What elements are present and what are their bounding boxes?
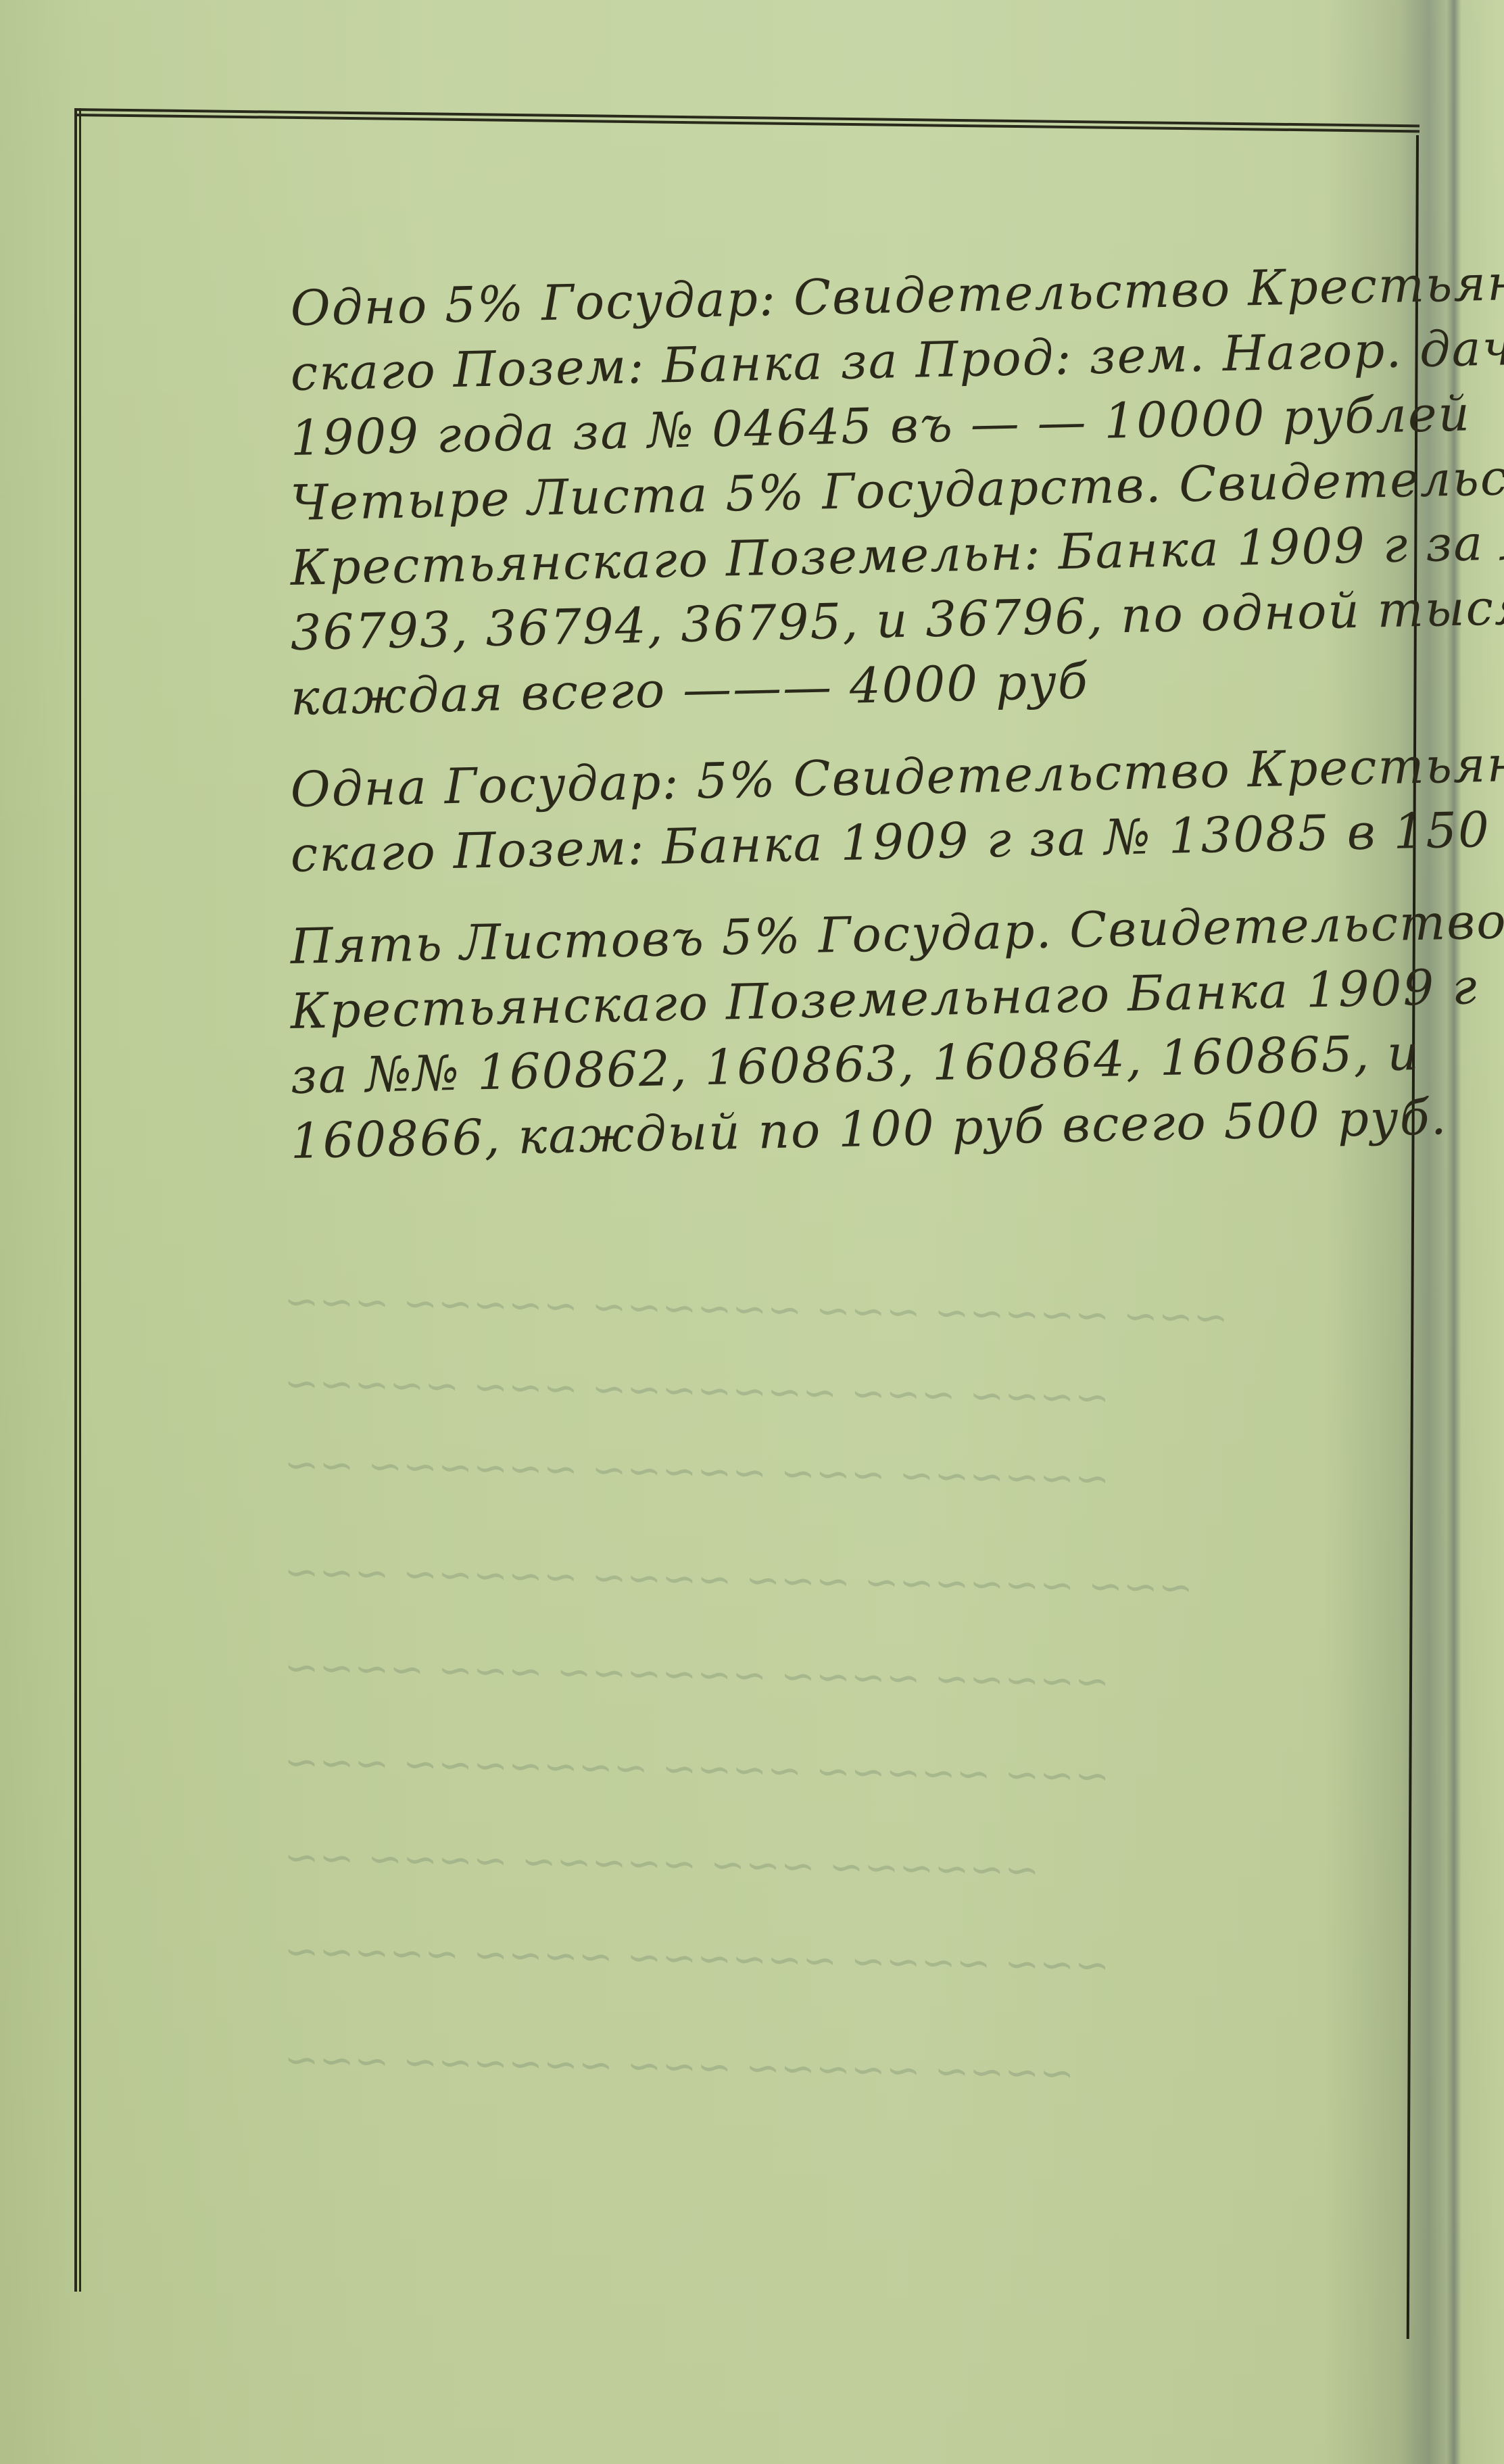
frame-top-double-line [74, 108, 1420, 132]
handwritten-text-block: Одно 5% Государ: Свидетельство Крестьян … [291, 284, 1480, 1182]
frame-left-double-line [74, 108, 81, 2292]
